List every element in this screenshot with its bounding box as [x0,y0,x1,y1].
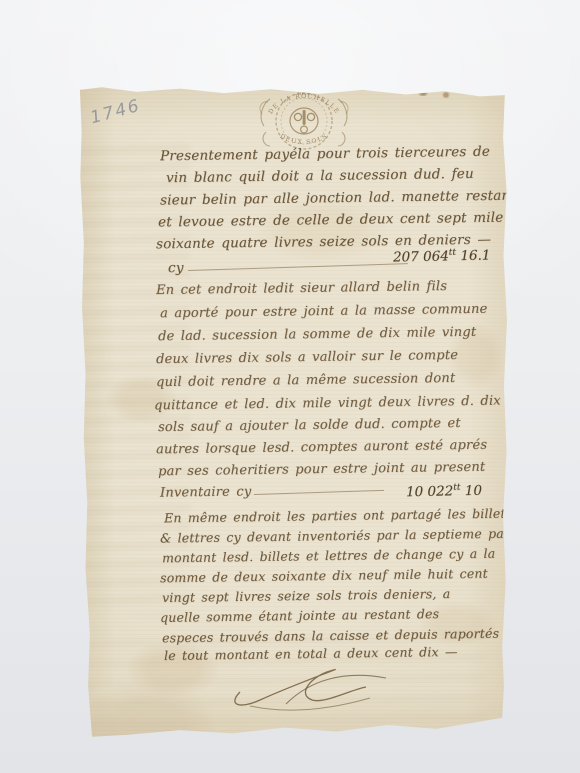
manuscript-line: et levoue estre de celle de deux cent se… [158,210,504,231]
tax-stamp-icon: GEN. DE LA ROCHELLE DEUX SOLS [256,88,352,154]
manuscript-line: Inventaire cy [160,484,252,500]
manuscript-line: de lad. sucession la somme de dix mile v… [158,325,476,344]
manuscript-line: par ses coheritiers pour estre joint au … [158,460,486,480]
manuscript-line: & lettres cy devant inventoriés par la s… [160,525,527,545]
photo-background: 1746 GEN. DE LA ROCHELLE DEUX SOLS [0,0,580,773]
livre-unit: tt [448,248,455,258]
manuscript-page: 1746 GEN. DE LA ROCHELLE DEUX SOLS [76,86,510,738]
amount-sols: 10 [465,483,483,499]
manuscript-line: vin blanc quil doit a la sucession dud. … [166,166,474,186]
manuscript-line: somme de deux soixante dix neuf mile hui… [160,566,488,586]
carry-rule [188,263,408,271]
manuscript-line: montant lesd. billets et lettres de chan… [162,546,496,566]
pencil-year-annotation: 1746 [88,96,143,129]
manuscript-line: quittance et led. dix mile vingt deux li… [154,394,501,414]
livre-unit: tt [453,483,460,493]
manuscript-line: Presentement payéla pour trois tierceure… [160,144,490,165]
manuscript-line: En cet endroit ledit sieur allard belin … [156,279,447,298]
manuscript-line: sieur belin par alle jonction lad. manet… [160,187,524,208]
carry-rule [254,490,384,495]
amount-sols: 16.1 [460,247,490,264]
manuscript-line: deux livres dix sols a valloir sur le co… [156,348,458,367]
manuscript-line: quelle somme étant jointe au restant des [160,606,439,625]
sum-total-2: 10 022tt 10 [406,482,482,500]
manuscript-line: a aporté pour estre joint a la masse com… [160,302,488,322]
manuscript-line: sols sauf a ajouter la solde dud. compte… [158,416,461,435]
manuscript-line: quil doit rendre a la même sucession don… [156,371,456,390]
signature-paraph-icon [224,662,404,714]
carry-label: cy [168,260,184,276]
amount-livres: 10 022 [406,483,454,500]
manuscript-line: vingt sept livres seize sols trois denie… [162,586,451,605]
manuscript-line: autres lorsque lesd. comptes auront esté… [156,438,487,458]
manuscript-line: En même endroit les parties ont partagé … [164,506,512,526]
